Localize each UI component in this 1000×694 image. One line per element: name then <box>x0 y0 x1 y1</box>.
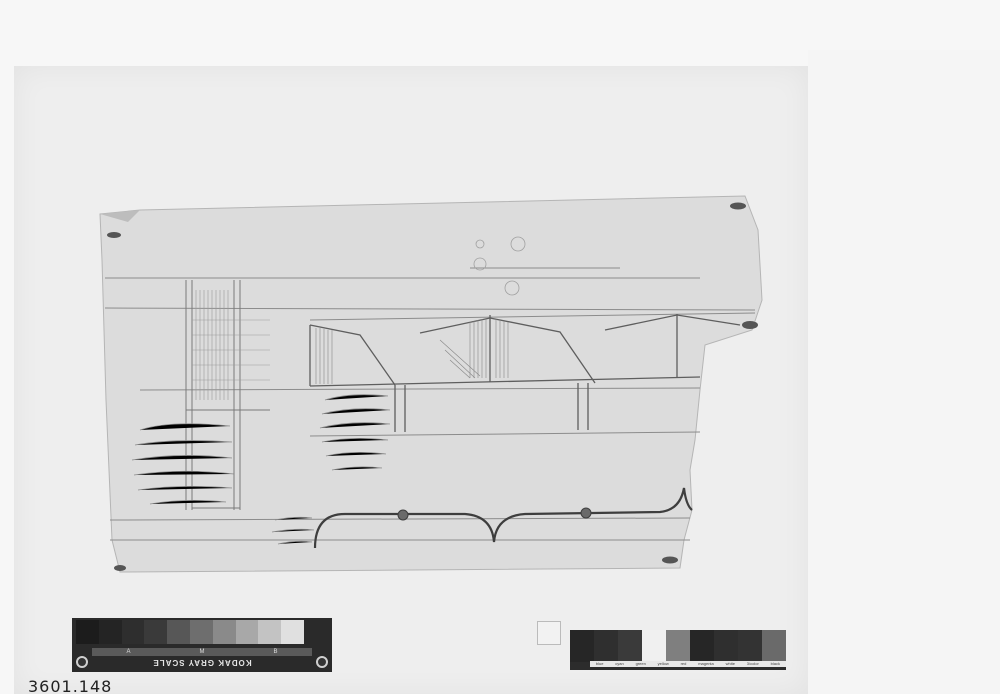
gray-patch <box>258 620 281 644</box>
card-hole-icon <box>76 656 88 668</box>
gray-patch <box>122 620 145 644</box>
color-patch-label: 3/color <box>747 661 759 667</box>
gray-scale-brand: KODAK GRAY SCALE <box>72 658 332 667</box>
color-control-patches: bluecyangreenyellowredmagentawhite3/colo… <box>570 630 786 670</box>
patch-letter-m: M <box>199 648 204 656</box>
color-patch <box>714 630 738 662</box>
color-patch-label: white <box>726 661 735 667</box>
gray-patch <box>213 620 236 644</box>
color-patch <box>762 630 786 662</box>
kodak-gray-scale-card: A M B KODAK GRAY SCALE <box>72 618 332 672</box>
gray-patch <box>190 620 213 644</box>
gray-scale-letters: A M B <box>92 648 312 656</box>
color-patch-label: magenta <box>698 661 714 667</box>
color-patch-label: red <box>681 661 687 667</box>
color-patch <box>642 630 666 662</box>
gray-patch <box>144 620 167 644</box>
color-patch-label: cyan <box>615 661 623 667</box>
gray-patch <box>281 620 304 644</box>
color-patch <box>666 630 690 662</box>
patch-letter-b: B <box>273 648 277 656</box>
gray-patch <box>99 620 122 644</box>
architectural-drawing <box>0 0 1000 694</box>
color-patch-labels: bluecyangreenyellowredmagentawhite3/colo… <box>590 661 786 667</box>
paper-sheet <box>100 196 762 572</box>
color-patch-label: yellow <box>658 661 669 667</box>
color-patch-label: black <box>771 661 780 667</box>
color-patch-label: blue <box>596 661 604 667</box>
color-patch <box>618 630 642 662</box>
collection-stamp-icon <box>537 621 561 645</box>
accession-number: 3601.148 <box>28 677 112 694</box>
color-patch-label: green <box>636 661 646 667</box>
card-hole-icon <box>316 656 328 668</box>
color-patch <box>594 630 618 662</box>
gray-patch <box>167 620 190 644</box>
color-patch <box>738 630 762 662</box>
patch-letter-a: A <box>126 648 130 656</box>
gray-patch <box>236 620 259 644</box>
color-patch <box>570 630 594 662</box>
gray-patch <box>76 620 99 644</box>
color-patch <box>690 630 714 662</box>
